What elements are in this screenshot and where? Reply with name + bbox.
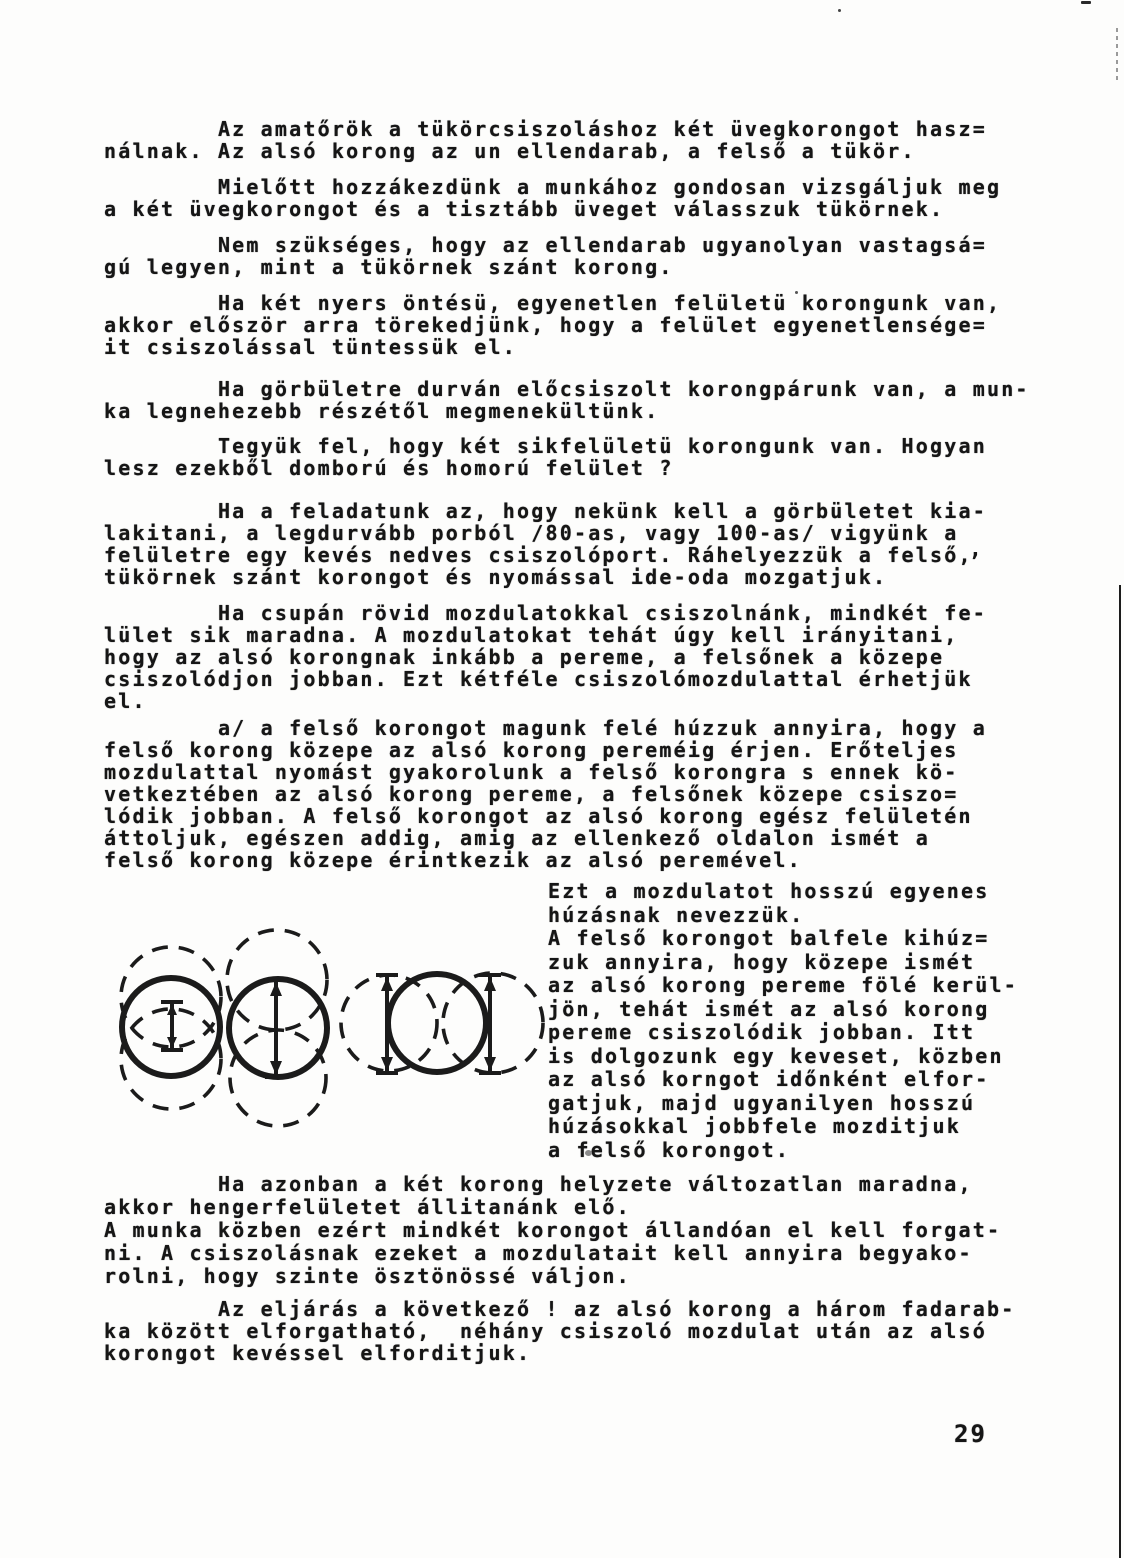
paragraph-4: Ha két nyers öntésü, egyenetlen felületü… <box>104 292 1044 358</box>
scan-speck <box>1081 1 1091 4</box>
grinding-strokes-figure <box>100 905 570 1150</box>
scan-speck <box>585 1150 592 1156</box>
scan-edge-dashes <box>1116 28 1118 80</box>
paragraph-11: Az eljárás a következő ! az alsó korong … <box>104 1298 1044 1364</box>
paragraph-7: Ha a feladatunk az, hogy nekünk kell a g… <box>104 500 1044 588</box>
paragraph-5: Ha görbületre durván előcsiszolt korongp… <box>104 378 1044 422</box>
paragraph-3: Nem szükséges, hogy az ellendarab ugyano… <box>104 234 1044 278</box>
scanned-page: Az amatőrök a tükörcsiszoláshoz két üveg… <box>0 0 1124 1558</box>
scan-stray-mark: ’ <box>968 550 981 575</box>
side-column-text: Ezt a mozdulatot hosszú egyenes húzásnak… <box>548 880 1048 1162</box>
paragraph-2: Mielőtt hozzákezdünk a munkához gondosan… <box>104 176 1044 220</box>
paragraph-10: Ha azonban a két korong helyzete változa… <box>104 1173 1044 1288</box>
paragraph-9: a/ a felső korongot magunk felé húzzuk a… <box>104 717 1044 871</box>
scan-edge-line <box>1119 585 1121 1558</box>
page-number: 29 <box>954 1420 987 1448</box>
paragraph-6: Tegyük fel, hogy két sikfelületü korongu… <box>104 435 1044 479</box>
scan-speck <box>795 291 798 294</box>
paragraph-1: Az amatőrök a tükörcsiszoláshoz két üveg… <box>104 118 1044 162</box>
scan-speck <box>838 9 841 12</box>
paragraph-8: Ha csupán rövid mozdulatokkal csiszolnán… <box>104 602 1044 712</box>
